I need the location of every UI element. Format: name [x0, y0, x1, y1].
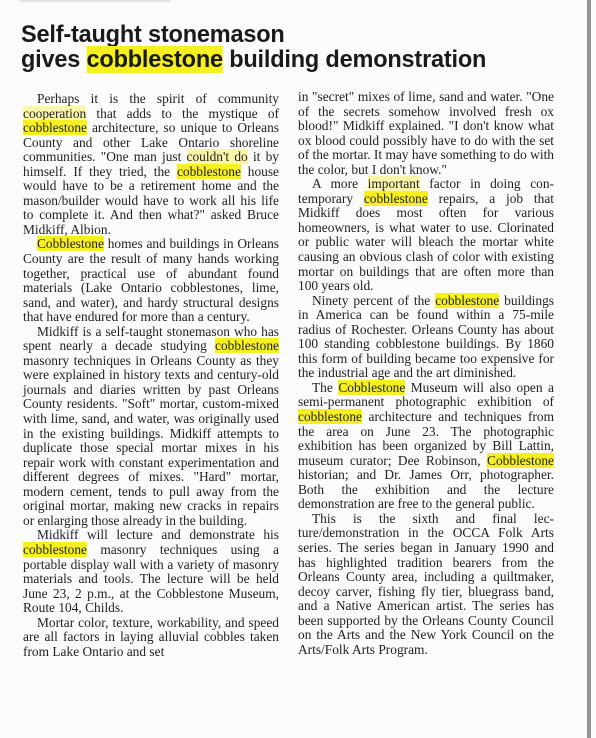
text: in "secret" mixes of lime, sand and wate…: [298, 89, 554, 177]
text: Perhaps it is the spirit of community: [37, 91, 279, 106]
search-highlight: cobblestone: [298, 409, 362, 424]
paragraph: Mortar color, texture, workability, and …: [23, 616, 279, 660]
text: repairs, a job that Midkiff does most of…: [298, 191, 554, 293]
search-highlight: cobblestone: [435, 293, 499, 308]
search-highlight: cobblestone: [23, 542, 87, 557]
headline-line-2-pre: gives: [21, 46, 87, 73]
search-highlight: cobblestone: [87, 46, 223, 73]
article-column-right: in "secret" mixes of lime, sand and wate…: [298, 90, 554, 657]
search-highlight: Cobblestone: [338, 380, 405, 395]
paragraph: This is the sixth and final lec­ture/dem…: [298, 512, 554, 657]
headline-line-1: Self-taught stonemason: [21, 21, 285, 48]
search-highlight: cooperation: [23, 106, 86, 121]
paragraph: A more important factor in doing con­tem…: [298, 177, 554, 293]
clipping-top-edge: [20, 0, 170, 2]
text: The: [312, 380, 338, 395]
paragraph: Midkiff is a self-taught stonemason who …: [23, 325, 279, 529]
search-highlight: cobblestone: [177, 164, 241, 179]
paragraph: Midkiff will lecture and demonstrate his…: [23, 528, 279, 615]
paragraph: Ninety percent of the cobblestone buildi…: [298, 294, 554, 381]
article-column-left: Perhaps it is the spirit of community co…: [23, 92, 279, 659]
search-highlight: cobblestone: [215, 338, 279, 353]
text: that adds to the mystique of: [86, 106, 279, 121]
article-headline: Self-taught stonemason gives cobblestone…: [21, 22, 486, 72]
paragraph: in "secret" mixes of lime, sand and wate…: [298, 90, 554, 177]
paragraph: Perhaps it is the spirit of community co…: [23, 92, 279, 237]
text: A more: [312, 176, 368, 191]
search-highlight: Cobblestone: [37, 236, 104, 251]
search-highlight: couldn't do: [187, 149, 248, 164]
text: masonry techniques in Or­leans County as…: [23, 353, 279, 528]
search-highlight: Cobblestone: [487, 453, 554, 468]
search-highlight: cobblestone: [23, 120, 87, 135]
search-highlight: important: [368, 176, 420, 191]
text: This is the sixth and final lec­ture/dem…: [298, 511, 554, 657]
headline-line-2-post: building demonstration: [223, 46, 486, 73]
paragraph: The Cobblestone Museum will also open a …: [298, 381, 554, 512]
search-highlight: cobblestone: [364, 191, 428, 206]
scan-edge-border: [587, 0, 591, 738]
text: Ninety percent of the: [312, 293, 435, 308]
text: Mortar color, texture, workability, and …: [23, 615, 279, 659]
text: Midkiff will lecture and demonstrate his: [37, 527, 279, 542]
paragraph: Cobblestone homes and buildings in Orlea…: [23, 237, 279, 324]
text: historian; and Dr. James Orr, photograph…: [298, 467, 554, 511]
